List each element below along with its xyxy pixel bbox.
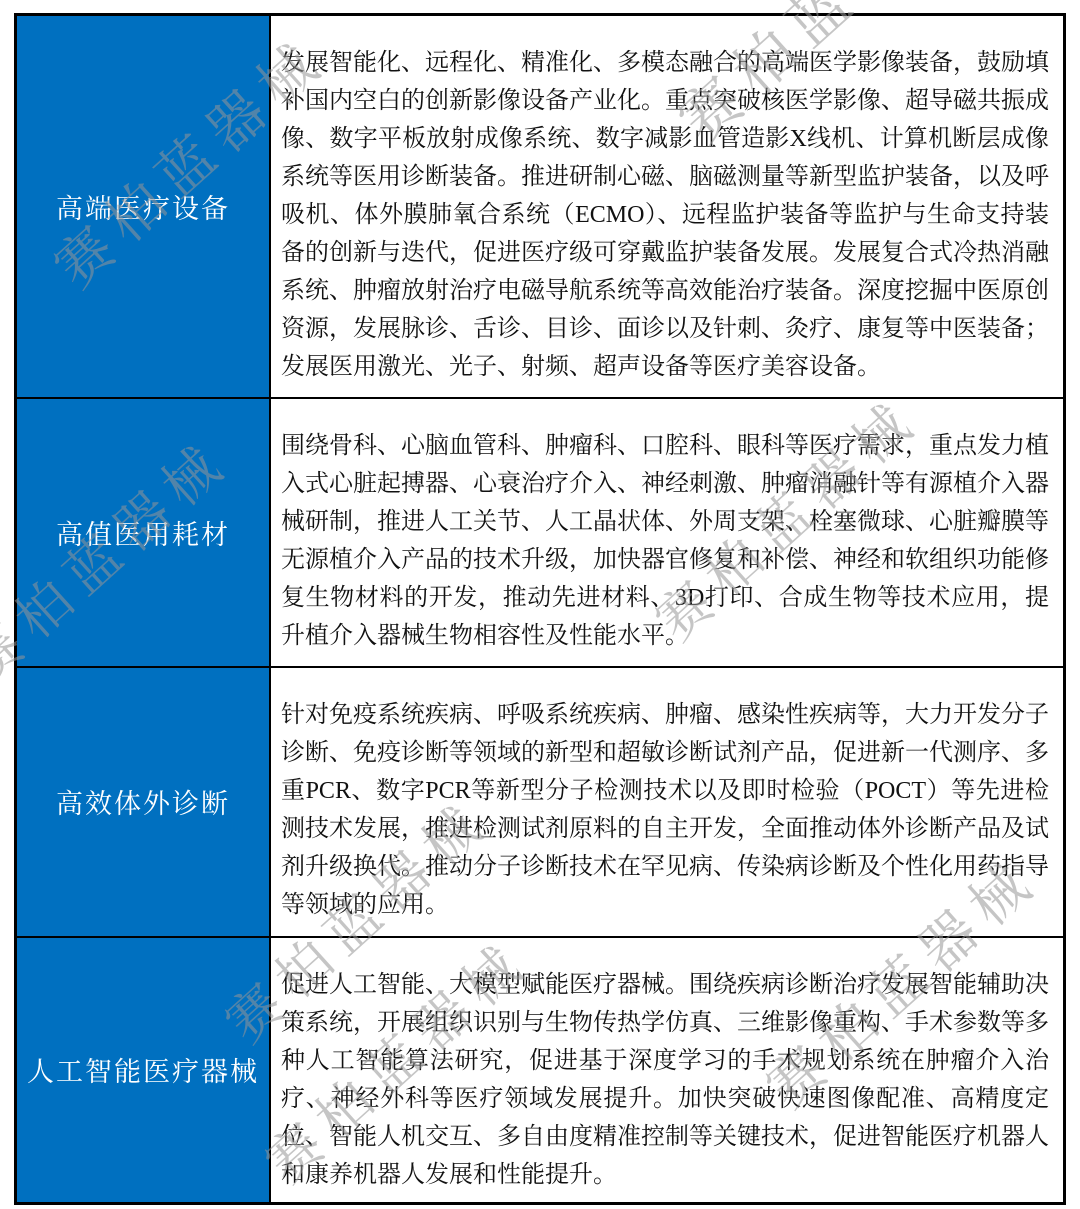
row-content-text: 针对免疫系统疾病、呼吸系统疾病、肿瘤、感染性疾病等，大力开发分子诊断、免疫诊断等…	[281, 696, 1049, 924]
row-content-cell: 促进人工智能、大模型赋能医疗器械。围绕疾病诊断治疗发展智能辅助决策系统，开展组织…	[270, 937, 1065, 1204]
table-row-high-value-consumables: 高值医用耗材 围绕骨科、心脑血管科、肿瘤科、口腔科、眼科等医疗需求，重点发力植入…	[16, 398, 1065, 667]
table-row-ai-devices: 人工智能医疗器械 促进人工智能、大模型赋能医疗器械。围绕疾病诊断治疗发展智能辅助…	[16, 937, 1065, 1204]
row-label-cell: 高效体外诊断	[16, 667, 271, 937]
row-content-text: 围绕骨科、心脑血管科、肿瘤科、口腔科、眼科等医疗需求，重点发力植入式心脏起搏器、…	[281, 427, 1049, 655]
row-label: 高端医疗设备	[56, 194, 230, 224]
row-content-cell: 围绕骨科、心脑血管科、肿瘤科、口腔科、眼科等医疗需求，重点发力植入式心脏起搏器、…	[270, 398, 1065, 667]
row-label: 高效体外诊断	[56, 789, 230, 819]
row-content-text: 发展智能化、远程化、精准化、多模态融合的高端医学影像装备，鼓励填补国内空白的创新…	[281, 44, 1049, 386]
document-page: 赛柏蓝器械 赛柏蓝器械 赛柏蓝器械 赛柏蓝器械 赛柏蓝器械 赛柏蓝器械 赛柏蓝器…	[0, 0, 1080, 1209]
row-content-text: 促进人工智能、大模型赋能医疗器械。围绕疾病诊断治疗发展智能辅助决策系统，开展组织…	[281, 966, 1049, 1194]
row-content-cell: 针对免疫系统疾病、呼吸系统疾病、肿瘤、感染性疾病等，大力开发分子诊断、免疫诊断等…	[270, 667, 1065, 937]
row-content-cell: 发展智能化、远程化、精准化、多模态融合的高端医学影像装备，鼓励填补国内空白的创新…	[270, 15, 1065, 398]
row-label-cell: 高值医用耗材	[16, 398, 271, 667]
policy-table: 高端医疗设备 发展智能化、远程化、精准化、多模态融合的高端医学影像装备，鼓励填补…	[14, 13, 1066, 1205]
table-row-high-end-equipment: 高端医疗设备 发展智能化、远程化、精准化、多模态融合的高端医学影像装备，鼓励填补…	[16, 15, 1065, 398]
row-label: 高值医用耗材	[56, 520, 230, 550]
table-row-ivd: 高效体外诊断 针对免疫系统疾病、呼吸系统疾病、肿瘤、感染性疾病等，大力开发分子诊…	[16, 667, 1065, 937]
row-label-cell: 人工智能医疗器械	[16, 937, 271, 1204]
row-label: 人工智能医疗器械	[27, 1057, 259, 1087]
row-label-cell: 高端医疗设备	[16, 15, 271, 398]
